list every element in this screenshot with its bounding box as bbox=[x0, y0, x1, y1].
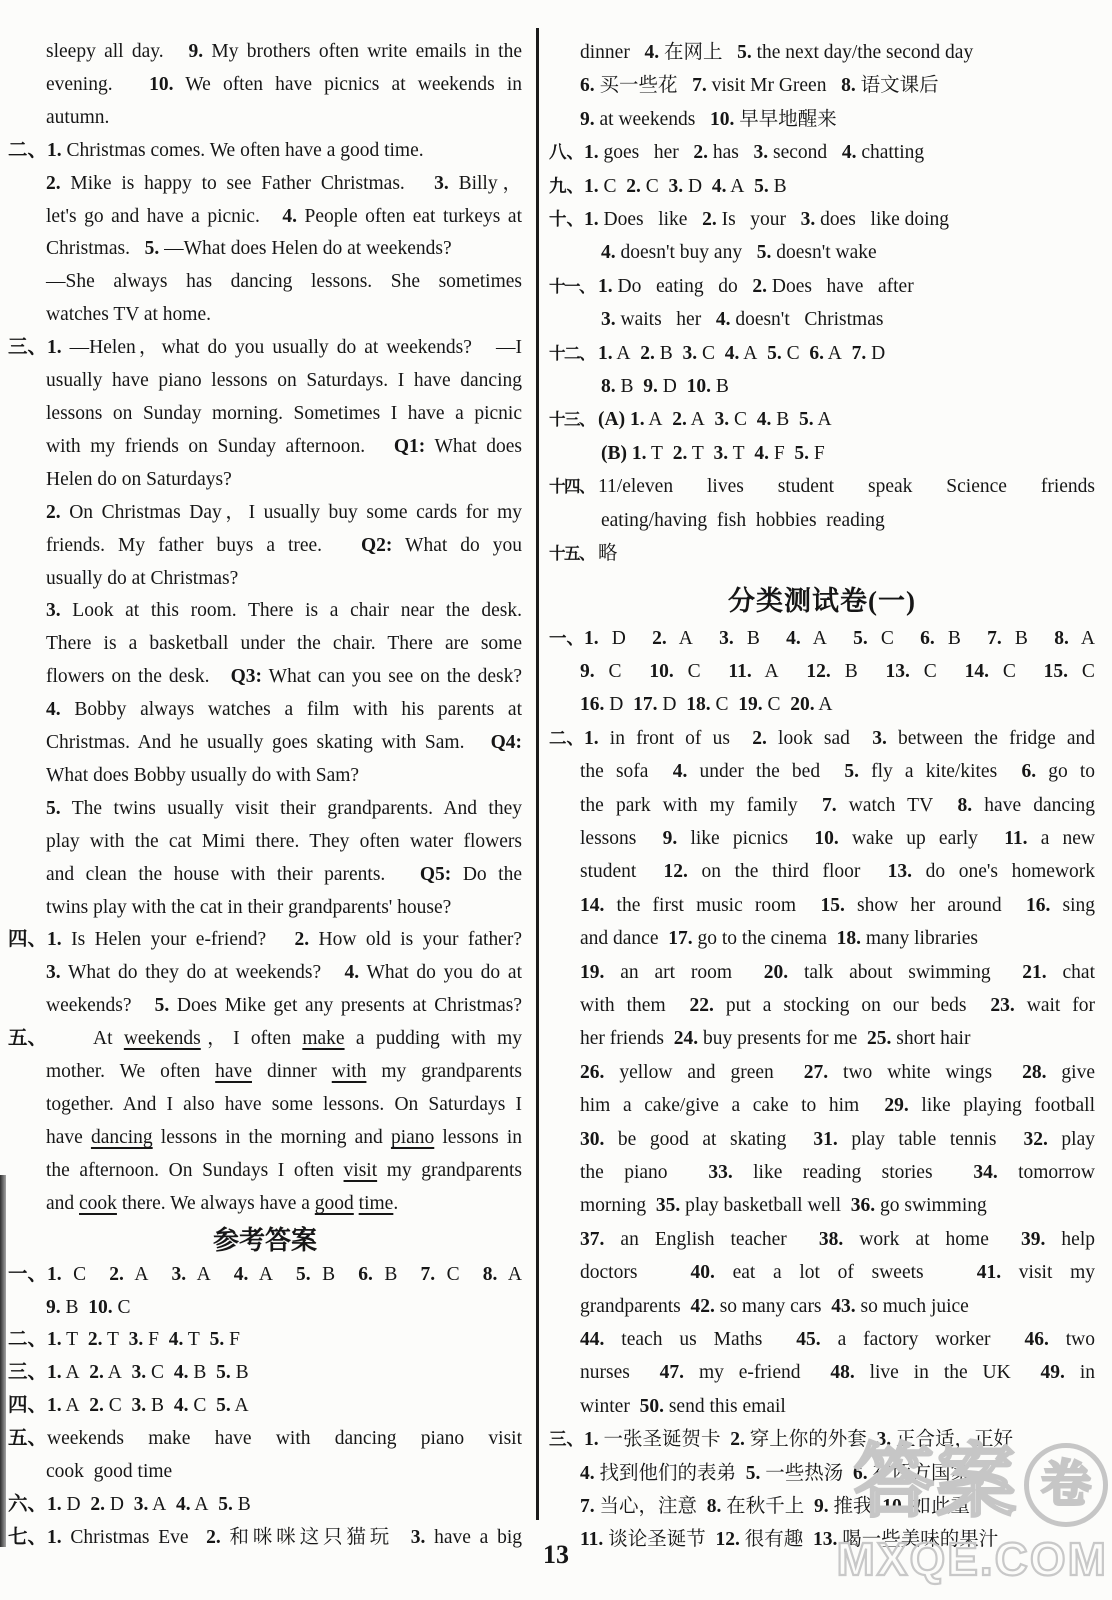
answer-text: 略 bbox=[598, 537, 1095, 570]
answer-line: 3. waits her 4. doesn't Christmas bbox=[549, 303, 1095, 336]
answer-text: lessons 9. like picnics 10. wake up earl… bbox=[580, 822, 1095, 855]
answer-line: doctors 40. eat a lot of sweets 41. visi… bbox=[549, 1256, 1095, 1289]
answer-text: him a cake/give a cake to him 29. like p… bbox=[580, 1089, 1095, 1122]
answer-line: 6. 买一些花 7. visit Mr Green 8. 语文课后 bbox=[549, 69, 1095, 102]
section-heading: 分类测试卷(一) bbox=[549, 584, 1095, 618]
section-marker: 十五、 bbox=[549, 537, 598, 570]
answer-text: eating/having fish hobbies reading bbox=[601, 504, 1095, 537]
answer-text: 6. 买一些花 7. visit Mr Green 8. 语文课后 bbox=[580, 69, 1095, 102]
section-line: 五、weekends make have with dancing piano … bbox=[8, 1423, 522, 1456]
answer-text: 1. A 2. A 3. C 4. B 5. B bbox=[47, 1357, 522, 1390]
section-marker: 三、 bbox=[549, 1423, 584, 1456]
answer-text: nurses 47. my e-friend 48. live in the U… bbox=[580, 1356, 1095, 1389]
answer-text: 1. Do eating do 2. Does have after bbox=[598, 270, 1095, 303]
answer-text: 4. Bobby always watches a film with his … bbox=[46, 694, 522, 727]
answer-text: the afternoon. On Sundays I often visit … bbox=[46, 1155, 522, 1188]
answer-line: together. And I also have some lessons. … bbox=[8, 1089, 522, 1122]
answer-text: 1. —Helen，what do you usually do at week… bbox=[47, 332, 522, 365]
answer-text: usually have piano lessons on Saturdays.… bbox=[46, 365, 522, 398]
answer-text: 1. C 2. A 3. A 4. A 5. B 6. B 7. C 8. A bbox=[47, 1259, 522, 1292]
scanned-answer-page: sleepy all day. 9. My brothers often wri… bbox=[0, 0, 1112, 1600]
answer-text: 1. A 2. B 3. C 4. A 5. C 6. A 7. D bbox=[598, 337, 1095, 370]
section-marker: 六、 bbox=[8, 1489, 47, 1522]
answer-text: autumn. bbox=[46, 102, 522, 135]
answer-line: 16. D 17. D 18. C 19. C 20. A bbox=[549, 688, 1095, 721]
answer-text: 1. Christmas comes. We often have a good… bbox=[47, 135, 522, 168]
answer-text: and clean the house with their parents. … bbox=[46, 859, 522, 892]
section-line: 五、At weekends，I often make a pudding wit… bbox=[8, 1023, 522, 1056]
answer-line: 44. teach us Maths 45. a factory worker … bbox=[549, 1323, 1095, 1356]
answer-text: 1. Is Helen your e-friend? 2. How old is… bbox=[47, 924, 522, 957]
section-marker: 四、 bbox=[8, 924, 47, 957]
section-marker: 十四、 bbox=[549, 470, 598, 503]
answer-line: Helen do on Saturdays? bbox=[8, 464, 522, 497]
answer-line: her friends 24. buy presents for me 25. … bbox=[549, 1022, 1095, 1055]
section-marker: 一、 bbox=[549, 622, 584, 655]
answer-text: 4. 找到他们的表弟 5. 一些热汤 6. 在西方国家 bbox=[580, 1457, 1095, 1490]
section-line: 四、1. Is Helen your e-friend? 2. How old … bbox=[8, 924, 522, 957]
answer-text: 30. be good at skating 31. play table te… bbox=[580, 1123, 1095, 1156]
answer-line: the afternoon. On Sundays I often visit … bbox=[8, 1155, 522, 1188]
answer-line: 19. an art room 20. talk about swimming … bbox=[549, 956, 1095, 989]
answer-line: —She always has dancing lessons. She som… bbox=[8, 266, 522, 299]
section-line: 十一、1. Do eating do 2. Does have after bbox=[549, 270, 1095, 303]
answer-text: 5. The twins usually visit their grandpa… bbox=[46, 793, 522, 826]
answer-text: 14. the first music room 15. show her ar… bbox=[580, 889, 1095, 922]
section-line: 二、1. in front of us 2. look sad 3. betwe… bbox=[549, 722, 1095, 755]
answer-line: with my friends on Sunday afternoon. Q1:… bbox=[8, 431, 522, 464]
answer-line: What does Bobby usually do with Sam? bbox=[8, 760, 522, 793]
left-column: sleepy all day. 9. My brothers often wri… bbox=[8, 36, 522, 1555]
answer-text: the park with my family 7. watch TV 8. h… bbox=[580, 789, 1095, 822]
answer-text: the sofa 4. under the bed 5. fly a kite/… bbox=[580, 755, 1095, 788]
column-divider bbox=[536, 28, 539, 1520]
answer-line: have dancing lessons in the morning and … bbox=[8, 1122, 522, 1155]
answer-line: 14. the first music room 15. show her ar… bbox=[549, 889, 1095, 922]
answer-text: 19. an art room 20. talk about swimming … bbox=[580, 956, 1095, 989]
answer-text: flowers on the desk. Q3: What can you se… bbox=[46, 661, 522, 694]
answer-text: 8. B 9. D 10. B bbox=[601, 370, 1095, 403]
answer-text: 1. D 2. D 3. A 4. A 5. B bbox=[47, 1489, 522, 1522]
answer-line: with them 22. put a stocking on our beds… bbox=[549, 989, 1095, 1022]
answer-line: Christmas. And he usually goes skating w… bbox=[8, 727, 522, 760]
answer-line: and cook there. We always have a good ti… bbox=[8, 1188, 522, 1221]
answer-text: —She always has dancing lessons. She som… bbox=[46, 266, 522, 299]
answer-text: student 12. on the third floor 13. do on… bbox=[580, 855, 1095, 888]
answer-line: 5. The twins usually visit their grandpa… bbox=[8, 793, 522, 826]
answer-line: Christmas. 5. —What does Helen do at wee… bbox=[8, 233, 522, 266]
section-line: 九、1. C 2. C 3. D 4. A 5. B bbox=[549, 170, 1095, 203]
answer-text: 1. T 2. T 3. F 4. T 5. F bbox=[47, 1324, 522, 1357]
section-line: 二、1. T 2. T 3. F 4. T 5. F bbox=[8, 1324, 522, 1357]
answer-text: 9. B 10. C bbox=[46, 1292, 522, 1325]
answer-line: 9. at weekends 10. 早早地醒来 bbox=[549, 103, 1095, 136]
answer-text: her friends 24. buy presents for me 25. … bbox=[580, 1022, 1095, 1055]
section-marker: 十三、 bbox=[549, 403, 598, 436]
section-marker: 二、 bbox=[549, 722, 584, 755]
answer-text: watches TV at home. bbox=[46, 299, 522, 332]
answer-text: Helen do on Saturdays? bbox=[46, 464, 522, 497]
answer-text: 4. doesn't buy any 5. doesn't wake bbox=[601, 236, 1095, 269]
answer-text: usually do at Christmas? bbox=[46, 563, 522, 596]
answer-line: evening. 10. We often have picnics at we… bbox=[8, 69, 522, 102]
answer-text: play with the cat Mimi there. They often… bbox=[46, 826, 522, 859]
answer-line: (B) 1. T 2. T 3. T 4. F 5. F bbox=[549, 437, 1095, 470]
answer-line: and clean the house with their parents. … bbox=[8, 859, 522, 892]
answer-text: weekends make have with dancing piano vi… bbox=[47, 1423, 522, 1456]
answer-text: evening. 10. We often have picnics at we… bbox=[46, 69, 522, 102]
answer-text: (B) 1. T 2. T 3. T 4. F 5. F bbox=[601, 437, 1095, 470]
answer-line: let's go and have a picnic. 4. People of… bbox=[8, 201, 522, 234]
answer-line: 7. 当心，注意 8. 在秋千上 9. 推我 10. 如此重 bbox=[549, 1490, 1095, 1523]
answer-text: let's go and have a picnic. 4. People of… bbox=[46, 201, 522, 234]
answer-line: 3. Look at this room. There is a chair n… bbox=[8, 595, 522, 628]
answer-line: lessons 9. like picnics 10. wake up earl… bbox=[549, 822, 1095, 855]
answer-text: 3. waits her 4. doesn't Christmas bbox=[601, 303, 1095, 336]
answer-text: 2. Mike is happy to see Father Christmas… bbox=[46, 168, 522, 201]
section-marker: 三、 bbox=[8, 1357, 47, 1390]
section-marker: 二、 bbox=[8, 135, 47, 168]
section-marker: 八、 bbox=[549, 136, 584, 169]
answer-text: At weekends，I often make a pudding with … bbox=[47, 1023, 522, 1056]
answer-line: grandparents 42. so many cars 43. so muc… bbox=[549, 1290, 1095, 1323]
section-line: 一、1. C 2. A 3. A 4. A 5. B 6. B 7. C 8. … bbox=[8, 1259, 522, 1292]
answer-line: 4. doesn't buy any 5. doesn't wake bbox=[549, 236, 1095, 269]
answer-text: friends. My father buys a tree. Q2: What… bbox=[46, 530, 522, 563]
answer-line: usually have piano lessons on Saturdays.… bbox=[8, 365, 522, 398]
answer-text: winter 50. send this email bbox=[580, 1390, 1095, 1423]
answer-line: 3. What do they do at weekends? 4. What … bbox=[8, 957, 522, 990]
answer-line: autumn. bbox=[8, 102, 522, 135]
answer-text: grandparents 42. so many cars 43. so muc… bbox=[580, 1290, 1095, 1323]
answer-line: 2. Mike is happy to see Father Christmas… bbox=[8, 168, 522, 201]
answer-text: Christmas. And he usually goes skating w… bbox=[46, 727, 522, 760]
answer-line: play with the cat Mimi there. They often… bbox=[8, 826, 522, 859]
section-marker: 十一、 bbox=[549, 270, 598, 303]
answer-text: 3. Look at this room. There is a chair n… bbox=[46, 595, 522, 628]
section-line: 十五、略 bbox=[549, 537, 1095, 570]
answer-text: sleepy all day. 9. My brothers often wri… bbox=[46, 36, 522, 69]
answer-text: 26. yellow and green 27. two white wings… bbox=[580, 1056, 1095, 1089]
section-line: 四、1. A 2. C 3. B 4. C 5. A bbox=[8, 1390, 522, 1423]
answer-line: 37. an English teacher 38. work at home … bbox=[549, 1223, 1095, 1256]
answer-line: 9. C 10. C 11. A 12. B 13. C 14. C 15. C bbox=[549, 655, 1095, 688]
answer-text: dinner 4. 在网上 5. the next day/the second… bbox=[580, 36, 1095, 69]
answer-text: 1. in front of us 2. look sad 3. between… bbox=[584, 722, 1095, 755]
section-marker: 五、 bbox=[8, 1023, 47, 1056]
section-line: 十二、1. A 2. B 3. C 4. A 5. C 6. A 7. D bbox=[549, 337, 1095, 370]
answer-text: cook good time bbox=[46, 1456, 522, 1489]
answer-text: have dancing lessons in the morning and … bbox=[46, 1122, 522, 1155]
section-line: 三、1. 一张圣诞贺卡 2. 穿上你的外套 3. 正合适，正好 bbox=[549, 1423, 1095, 1456]
answer-text: 1. A 2. C 3. B 4. C 5. A bbox=[47, 1390, 522, 1423]
section-marker: 五、 bbox=[8, 1423, 47, 1456]
answer-text: the piano 33. like reading stories 34. t… bbox=[580, 1156, 1095, 1189]
answer-line: 9. B 10. C bbox=[8, 1292, 522, 1325]
section-marker: 一、 bbox=[8, 1259, 47, 1292]
answer-text: 1. Does like 2. Is your 3. does like doi… bbox=[584, 203, 1095, 236]
section-line: 二、1. Christmas comes. We often have a go… bbox=[8, 135, 522, 168]
answer-text: 1. C 2. C 3. D 4. A 5. B bbox=[584, 170, 1095, 203]
answer-text: (A) 1. A 2. A 3. C 4. B 5. A bbox=[598, 403, 1095, 436]
answer-line: weekends? 5. Does Mike get any presents … bbox=[8, 990, 522, 1023]
section-marker: 九、 bbox=[549, 170, 584, 203]
binding-shadow bbox=[0, 1175, 6, 1547]
answer-line: 26. yellow and green 27. two white wings… bbox=[549, 1056, 1095, 1089]
section-marker: 三、 bbox=[8, 332, 47, 365]
answer-text: 44. teach us Maths 45. a factory worker … bbox=[580, 1323, 1095, 1356]
answer-text: weekends? 5. Does Mike get any presents … bbox=[46, 990, 522, 1023]
answer-text: together. And I also have some lessons. … bbox=[46, 1089, 522, 1122]
answer-text: What does Bobby usually do with Sam? bbox=[46, 760, 522, 793]
answer-text: and cook there. We always have a good ti… bbox=[46, 1188, 522, 1221]
section-line: 一、1. D 2. A 3. B 4. A 5. C 6. B 7. B 8. … bbox=[549, 622, 1095, 655]
answer-line: There is a basketball under the chair. T… bbox=[8, 628, 522, 661]
section-line: 十三、(A) 1. A 2. A 3. C 4. B 5. A bbox=[549, 403, 1095, 436]
answer-line: dinner 4. 在网上 5. the next day/the second… bbox=[549, 36, 1095, 69]
answer-line: him a cake/give a cake to him 29. like p… bbox=[549, 1089, 1095, 1122]
section-line: 十、1. Does like 2. Is your 3. does like d… bbox=[549, 203, 1095, 236]
answer-text: doctors 40. eat a lot of sweets 41. visi… bbox=[580, 1256, 1095, 1289]
answer-text: morning 35. play basketball well 36. go … bbox=[580, 1189, 1095, 1222]
answer-text: 11/eleven lives student speak Science fr… bbox=[598, 470, 1095, 503]
answer-line: 30. be good at skating 31. play table te… bbox=[549, 1123, 1095, 1156]
answer-line: morning 35. play basketball well 36. go … bbox=[549, 1189, 1095, 1222]
answer-line: eating/having fish hobbies reading bbox=[549, 504, 1095, 537]
section-marker: 四、 bbox=[8, 1390, 47, 1423]
section-marker: 十、 bbox=[549, 203, 584, 236]
section-line: 六、1. D 2. D 3. A 4. A 5. B bbox=[8, 1489, 522, 1522]
answer-line: sleepy all day. 9. My brothers often wri… bbox=[8, 36, 522, 69]
answer-text: 1. goes her 2. has 3. second 4. chatting bbox=[584, 136, 1095, 169]
answer-text: twins play with the cat in their grandpa… bbox=[46, 892, 522, 925]
answer-line: friends. My father buys a tree. Q2: What… bbox=[8, 530, 522, 563]
section-line: 三、1. —Helen，what do you usually do at we… bbox=[8, 332, 522, 365]
answer-text: 1. D 2. A 3. B 4. A 5. C 6. B 7. B 8. A bbox=[584, 622, 1095, 655]
answer-line: 2. On Christmas Day，I usually buy some c… bbox=[8, 497, 522, 530]
answer-line: lessons on Sunday morning. Sometimes I h… bbox=[8, 398, 522, 431]
right-column: dinner 4. 在网上 5. the next day/the second… bbox=[549, 36, 1095, 1557]
answer-line: the park with my family 7. watch TV 8. h… bbox=[549, 789, 1095, 822]
answer-line: cook good time bbox=[8, 1456, 522, 1489]
answer-text: There is a basketball under the chair. T… bbox=[46, 628, 522, 661]
answer-text: with my friends on Sunday afternoon. Q1:… bbox=[46, 431, 522, 464]
section-line: 十四、11/eleven lives student speak Science… bbox=[549, 470, 1095, 503]
section-marker: 十二、 bbox=[549, 337, 598, 370]
answer-line: 4. 找到他们的表弟 5. 一些热汤 6. 在西方国家 bbox=[549, 1457, 1095, 1490]
answer-text: 9. C 10. C 11. A 12. B 13. C 14. C 15. C bbox=[580, 655, 1095, 688]
section-line: 三、1. A 2. A 3. C 4. B 5. B bbox=[8, 1357, 522, 1390]
answer-line: mother. We often have dinner with my gra… bbox=[8, 1056, 522, 1089]
answer-text: 16. D 17. D 18. C 19. C 20. A bbox=[580, 688, 1095, 721]
answer-line: flowers on the desk. Q3: What can you se… bbox=[8, 661, 522, 694]
answer-text: 37. an English teacher 38. work at home … bbox=[580, 1223, 1095, 1256]
answer-text: 2. On Christmas Day，I usually buy some c… bbox=[46, 497, 522, 530]
answer-line: winter 50. send this email bbox=[549, 1390, 1095, 1423]
answer-line: student 12. on the third floor 13. do on… bbox=[549, 855, 1095, 888]
answer-line: nurses 47. my e-friend 48. live in the U… bbox=[549, 1356, 1095, 1389]
answer-line: the sofa 4. under the bed 5. fly a kite/… bbox=[549, 755, 1095, 788]
answer-text: 7. 当心，注意 8. 在秋千上 9. 推我 10. 如此重 bbox=[580, 1490, 1095, 1523]
section-heading: 参考答案 bbox=[8, 1224, 522, 1258]
section-line: 八、1. goes her 2. has 3. second 4. chatti… bbox=[549, 136, 1095, 169]
answer-text: lessons on Sunday morning. Sometimes I h… bbox=[46, 398, 522, 431]
answer-line: 8. B 9. D 10. B bbox=[549, 370, 1095, 403]
answer-text: and dance 17. go to the cinema 18. many … bbox=[580, 922, 1095, 955]
answer-text: with them 22. put a stocking on our beds… bbox=[580, 989, 1095, 1022]
page-number: 13 bbox=[0, 1540, 1112, 1570]
answer-line: usually do at Christmas? bbox=[8, 563, 522, 596]
section-marker: 二、 bbox=[8, 1324, 47, 1357]
answer-text: 1. 一张圣诞贺卡 2. 穿上你的外套 3. 正合适，正好 bbox=[584, 1423, 1095, 1456]
answer-line: twins play with the cat in their grandpa… bbox=[8, 892, 522, 925]
answer-text: 3. What do they do at weekends? 4. What … bbox=[46, 957, 522, 990]
answer-line: watches TV at home. bbox=[8, 299, 522, 332]
answer-line: and dance 17. go to the cinema 18. many … bbox=[549, 922, 1095, 955]
answer-text: mother. We often have dinner with my gra… bbox=[46, 1056, 522, 1089]
answer-text: Christmas. 5. —What does Helen do at wee… bbox=[46, 233, 522, 266]
answer-line: 4. Bobby always watches a film with his … bbox=[8, 694, 522, 727]
answer-text: 9. at weekends 10. 早早地醒来 bbox=[580, 103, 1095, 136]
answer-line: the piano 33. like reading stories 34. t… bbox=[549, 1156, 1095, 1189]
